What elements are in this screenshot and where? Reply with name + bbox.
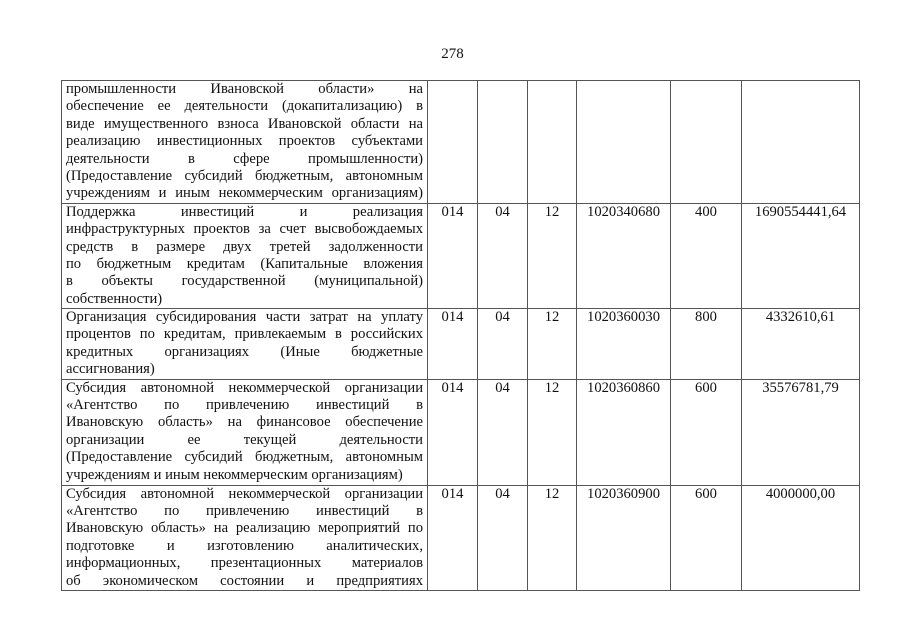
target-article-cell: 1020340680: [577, 203, 671, 308]
section-cell: 04: [478, 203, 528, 308]
subsection-cell: 12: [528, 203, 577, 308]
expense-type-cell: 400: [671, 203, 742, 308]
description-line: средств в размере двух третей задолженно…: [66, 239, 423, 256]
grbs-cell: 014: [428, 485, 478, 590]
description-cell: Субсидия автономной некоммерческой орган…: [62, 485, 428, 590]
description-cell: Субсидия автономной некоммерческой орган…: [62, 379, 428, 485]
budget-allocation-table: промышленности Ивановской области» наобе…: [61, 80, 860, 591]
description-line: «Агентство по привлечению инвестиций в: [66, 397, 423, 414]
section-cell: 04: [478, 485, 528, 590]
table-row: Поддержка инвестиций и реализацияинфраст…: [62, 203, 860, 308]
target-article-cell: 1020360860: [577, 379, 671, 485]
description-line: организации ее текущей деятельности: [66, 432, 423, 449]
amount-cell: 1690554441,64: [742, 203, 860, 308]
description-line: (Предоставление субсидий бюджетным, авто…: [66, 449, 423, 466]
table-body: промышленности Ивановской области» наобе…: [62, 81, 860, 591]
section-cell: 04: [478, 309, 528, 380]
subsection-cell: 12: [528, 379, 577, 485]
description-line: обеспечение ее деятельности (докапитализ…: [66, 98, 423, 115]
subsection-cell: 12: [528, 309, 577, 380]
target-article-cell: [577, 81, 671, 204]
section-cell: 04: [478, 379, 528, 485]
grbs-cell: 014: [428, 309, 478, 380]
page-number: 278: [0, 45, 905, 63]
description-line: в объекты государственной (муниципальной…: [66, 273, 423, 290]
description-line: ассигнования): [66, 361, 423, 378]
table-row: Субсидия автономной некоммерческой орган…: [62, 379, 860, 485]
description-line: подготовке и изготовлению аналитических,: [66, 538, 423, 555]
description-line: информационных, презентационных материал…: [66, 555, 423, 572]
description-cell: Организация субсидирования части затрат …: [62, 309, 428, 380]
description-line: промышленности Ивановской области» на: [66, 81, 423, 98]
amount-cell: 4332610,61: [742, 309, 860, 380]
expense-type-cell: 600: [671, 379, 742, 485]
table-row: Организация субсидирования части затрат …: [62, 309, 860, 380]
grbs-cell: 014: [428, 203, 478, 308]
description-line: (Предоставление субсидий бюджетным, авто…: [66, 168, 423, 185]
target-article-cell: 1020360900: [577, 485, 671, 590]
description-line: Организация субсидирования части затрат …: [66, 309, 423, 326]
amount-cell: 4000000,00: [742, 485, 860, 590]
description-line: Субсидия автономной некоммерческой орган…: [66, 380, 423, 397]
description-line: виде имущественного взноса Ивановской об…: [66, 116, 423, 133]
description-line: учреждениям и иным некоммерческим органи…: [66, 185, 423, 202]
subsection-cell: [528, 81, 577, 204]
description-line: деятельности в сфере промышленности): [66, 151, 423, 168]
description-line: процентов по кредитам, привлекаемым в ро…: [66, 326, 423, 343]
subsection-cell: 12: [528, 485, 577, 590]
description-line: кредитных организациях (Иные бюджетные: [66, 344, 423, 361]
target-article-cell: 1020360030: [577, 309, 671, 380]
description-line: об экономическом состоянии и предприятия…: [66, 573, 423, 590]
description-line: Ивановскую область» на финансовое обеспе…: [66, 414, 423, 431]
description-line: «Агентство по привлечению инвестиций в: [66, 503, 423, 520]
grbs-cell: 014: [428, 379, 478, 485]
expense-type-cell: 800: [671, 309, 742, 380]
description-line: учреждениям и иным некоммерческим органи…: [66, 467, 423, 484]
description-line: собственности): [66, 291, 423, 308]
table-row: Субсидия автономной некоммерческой орган…: [62, 485, 860, 590]
grbs-cell: [428, 81, 478, 204]
description-line: по бюджетным кредитам (Капитальные вложе…: [66, 256, 423, 273]
description-line: Ивановскую область» на реализацию меропр…: [66, 520, 423, 537]
description-cell: Поддержка инвестиций и реализацияинфраст…: [62, 203, 428, 308]
description-line: Поддержка инвестиций и реализация: [66, 204, 423, 221]
description-cell: промышленности Ивановской области» наобе…: [62, 81, 428, 204]
description-line: Субсидия автономной некоммерческой орган…: [66, 486, 423, 503]
description-line: реализацию инвестиционных проектов субъе…: [66, 133, 423, 150]
description-line: инфраструктурных проектов за счет высвоб…: [66, 221, 423, 238]
expense-type-cell: 600: [671, 485, 742, 590]
amount-cell: [742, 81, 860, 204]
expense-type-cell: [671, 81, 742, 204]
table-row: промышленности Ивановской области» наобе…: [62, 81, 860, 204]
amount-cell: 35576781,79: [742, 379, 860, 485]
section-cell: [478, 81, 528, 204]
